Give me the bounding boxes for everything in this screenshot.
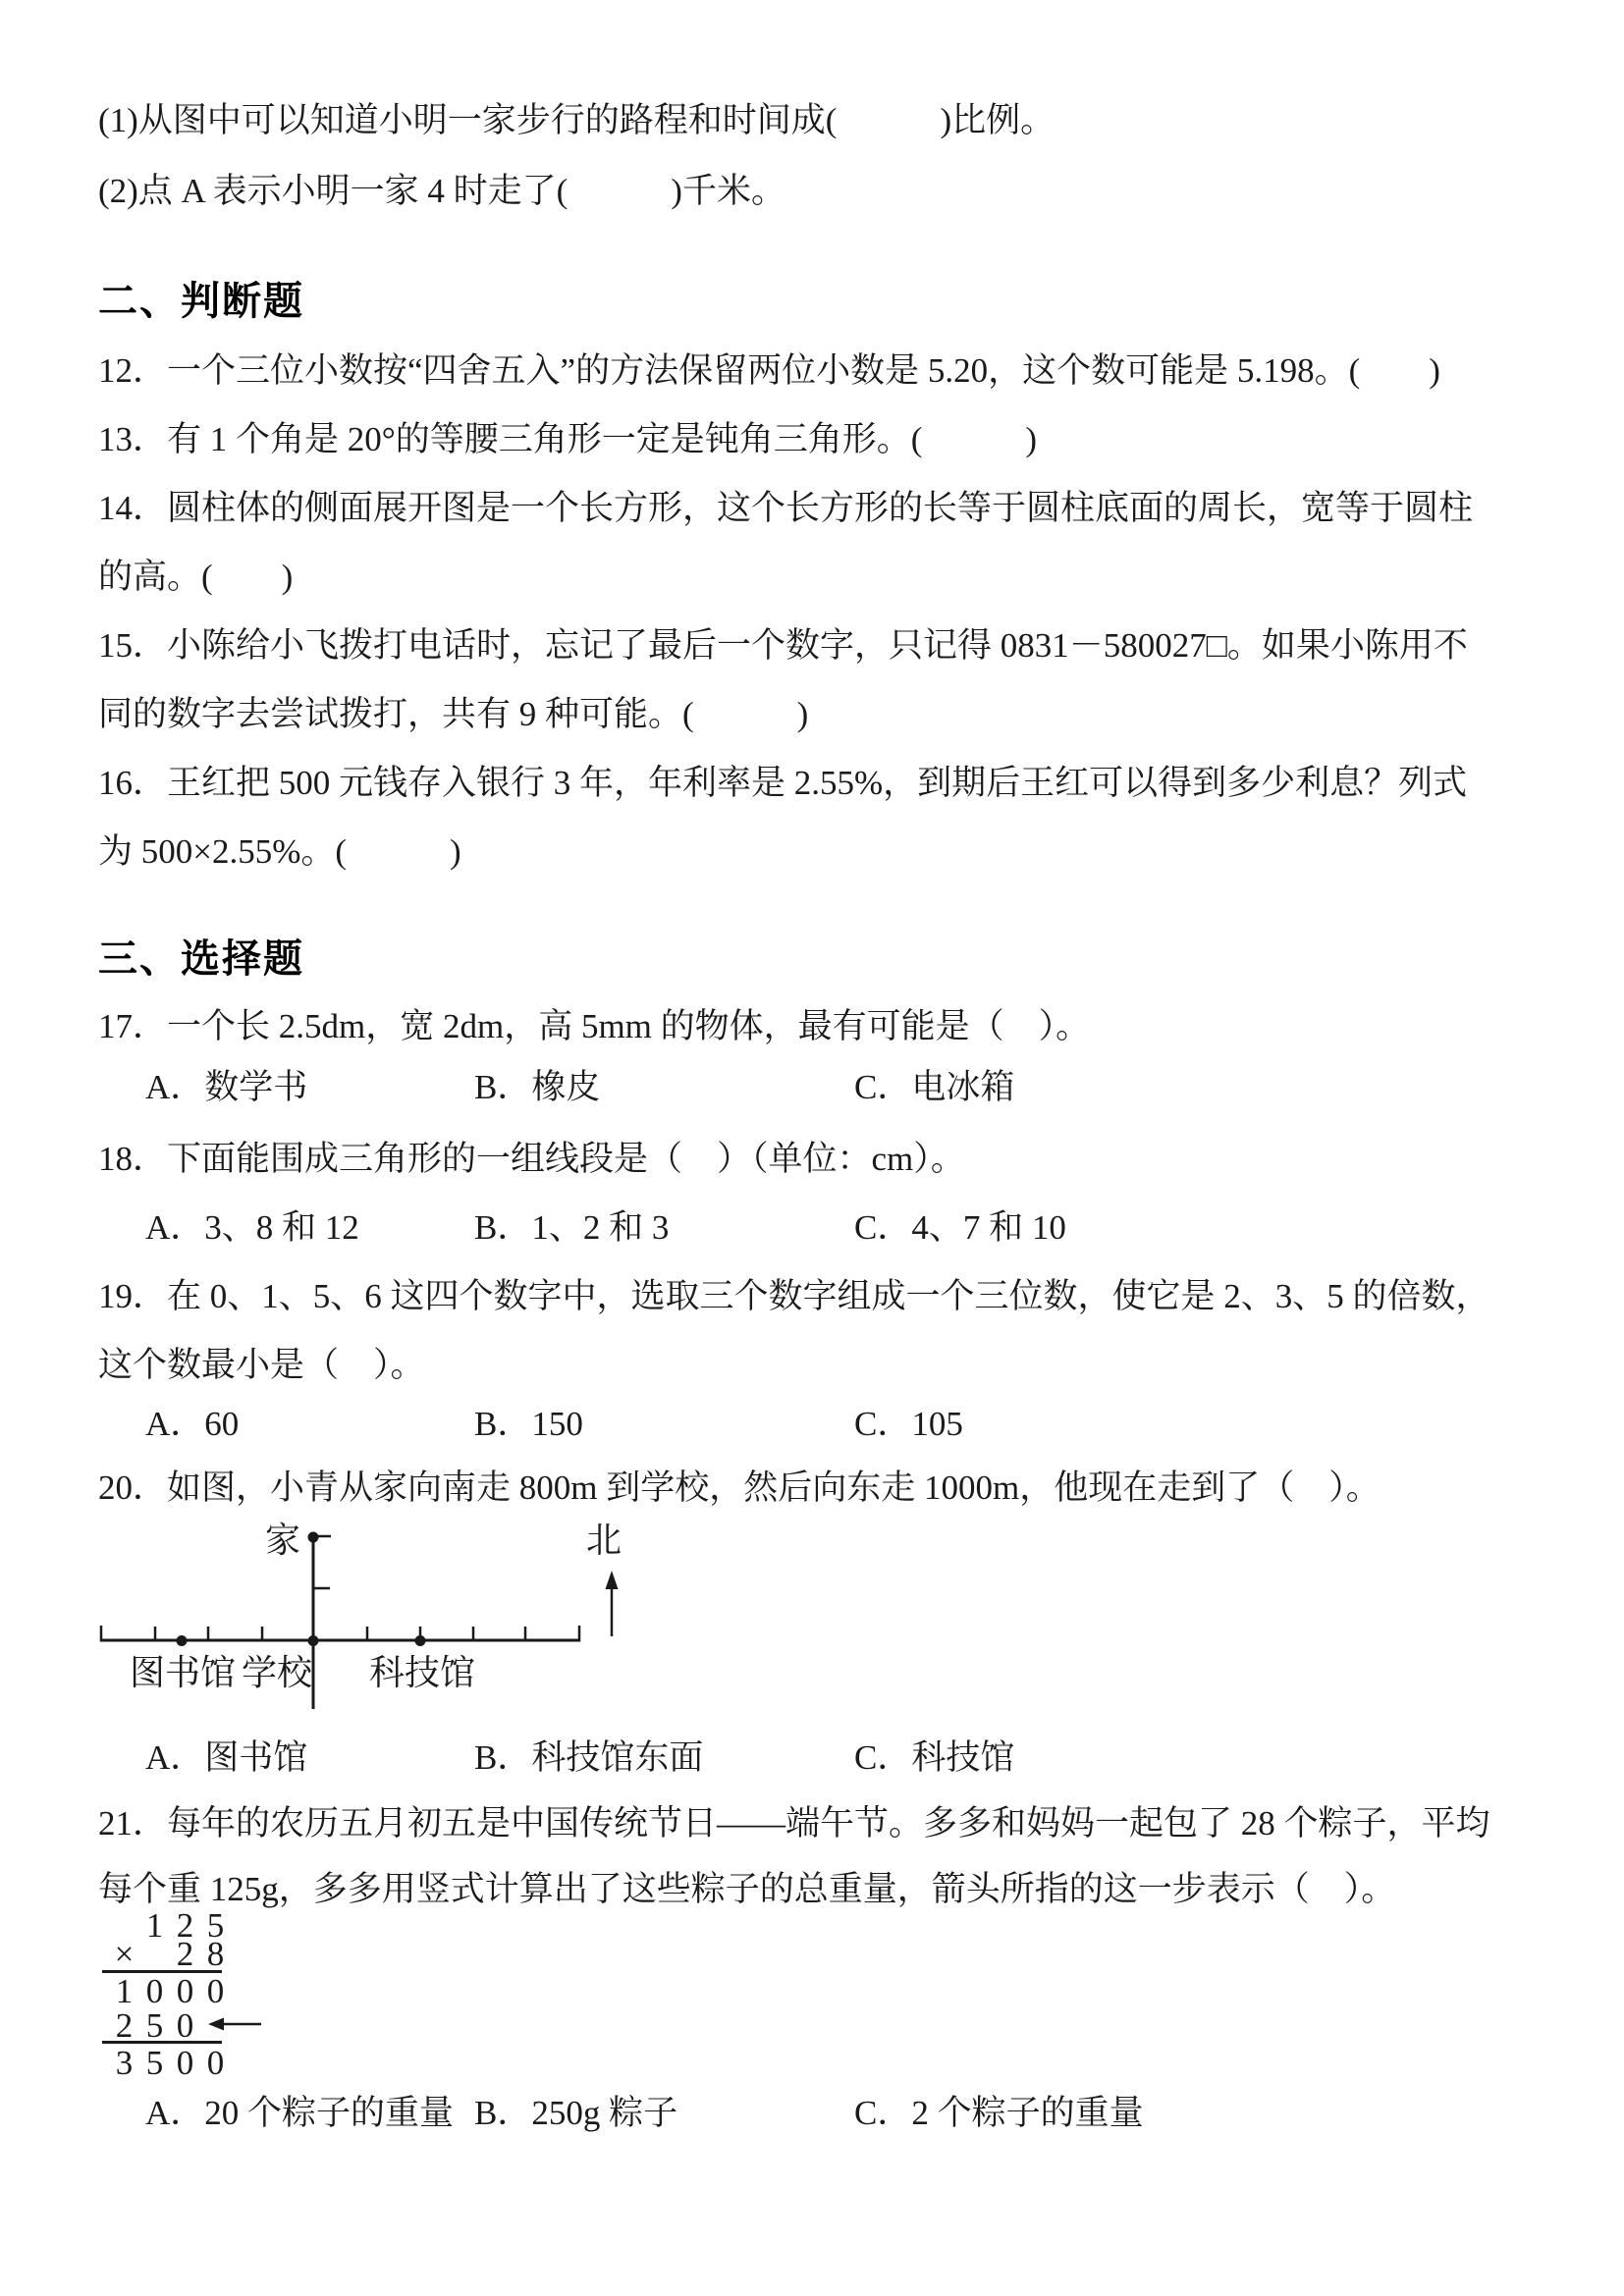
mult-cell: 5 [139,2047,170,2080]
mult-cell: 0 [170,2047,200,2080]
mult-cell: 0 [200,1975,231,2008]
q21-option-a: A．20 个粽子的重量 [145,2091,454,2136]
question-20-options: A．图书馆 B．科技馆东面 C．科技馆 [0,1735,1624,1783]
question-17-options: A．数学书 B．橡皮 C．电冰箱 [0,1065,1624,1112]
question-15-line-2: 同的数字去尝试拨打，共有 9 种可能。( ) [98,692,808,737]
north-label: 北 [586,1521,622,1560]
question-17: 17．一个长 2.5dm，宽 2dm，高 5mm 的物体，最有可能是（ ）。 [98,1004,1090,1049]
question-18-options: A．3、8 和 12 B．1、2 和 3 C．4、7 和 10 [0,1205,1624,1253]
question-11-sub1: (1)从图中可以知道小明一家步行的路程和时间成( )比例。 [98,98,1055,143]
question-21-options: A．20 个粽子的重量 B．250g 粽子 C．2 个粽子的重量 [0,2091,1624,2138]
mult-row-partial-1: 1000 [109,1975,231,2008]
q18-option-c: C．4、7 和 10 [854,1205,1066,1251]
q20-option-c: C．科技馆 [854,1735,1014,1781]
mult-cell: 1 [109,1975,139,2008]
q21-option-b: B．250g 粽子 [474,2091,677,2136]
q17-option-b: B．橡皮 [474,1065,600,1110]
q17-option-c: C．电冰箱 [854,1065,1014,1110]
question-14-line-2: 的高。( ) [98,555,293,600]
q19-option-c: C．105 [854,1402,963,1447]
question-12: 12．一个三位小数按“四舍五入”的方法保留两位小数是 5.20，这个数可能是 5… [98,348,1440,394]
q19-option-a: A．60 [145,1402,239,1447]
question-16-line-1: 16．王红把 500 元钱存入银行 3 年，年利率是 2.55%，到期后王红可以… [98,761,1467,806]
exam-page: (1)从图中可以知道小明一家步行的路程和时间成( )比例。 (2)点 A 表示小… [0,0,1624,2296]
section-judgment-title: 二、判断题 [98,278,304,325]
q18-option-b: B．1、2 和 3 [474,1205,669,1251]
question-15-line-1: 15．小陈给小飞拨打电话时，忘记了最后一个数字，只记得 0831－580027□… [98,623,1468,668]
library-label: 图书馆 [130,1653,236,1692]
science-hall-dot [415,1635,426,1646]
mult-cell: 2 [170,1938,200,1971]
question-21-line-2: 每个重 125g，多多用竖式计算出了这些粽子的总重量，箭头所指的这一步表示（ ）… [98,1867,1395,1912]
question-19-options: A．60 B．150 C．105 [0,1402,1624,1449]
mult-cell: 0 [139,1975,170,2008]
q17-option-a: A．数学书 [145,1065,307,1110]
question-20: 20．如图，小青从家向南走 800m 到学校，然后向东走 1000m，他现在走到… [98,1466,1380,1511]
question-21-line-1: 21．每年的农历五月初五是中国传统节日——端午节。多多和妈妈一起包了 28 个粽… [98,1801,1490,1846]
mult-cell: 0 [200,2047,231,2080]
section-choice-title: 三、选择题 [98,935,304,983]
multiply-sign: × [109,1938,139,1971]
q20-option-a: A．图书馆 [145,1735,307,1781]
school-dot [308,1635,319,1646]
library-dot [177,1635,188,1646]
mult-cell: 3 [109,2047,139,2080]
question-11-sub2: (2)点 A 表示小明一家 4 时走了( )千米。 [98,169,785,214]
question-19-line-2: 这个数最小是（ ）。 [98,1343,425,1388]
question-14-line-1: 14．圆柱体的侧面展开图是一个长方形，这个长方形的长等于圆柱底面的周长，宽等于圆… [98,486,1473,531]
question-19-line-1: 19．在 0、1、5、6 这四个数字中，选取三个数字组成一个三位数，使它是 2、… [98,1274,1490,1319]
mult-row-product: 3500 [109,2047,231,2080]
question-16-line-2: 为 500×2.55%。( ) [98,829,461,875]
mult-cell: 0 [170,1975,200,2008]
north-arrow-head [606,1571,619,1589]
mult-row-multiplier: ×28 [109,1938,231,1971]
question-13: 13．有 1 个角是 20°的等腰三角形一定是钝角三角形。( ) [98,417,1037,462]
home-label: 家 [265,1521,300,1560]
mult-cell: 0 [170,2009,200,2043]
q18-option-a: A．3、8 和 12 [145,1205,359,1251]
q19-option-b: B．150 [474,1402,583,1447]
mult-cell: 5 [139,2009,170,2043]
mult-cell: 8 [200,1938,231,1971]
science-hall-label: 科技馆 [369,1653,475,1692]
q20-option-b: B．科技馆东面 [474,1735,703,1781]
school-label: 学校 [242,1653,312,1692]
mult-cell: 2 [109,2009,139,2043]
q21-option-c: C．2 个粽子的重量 [854,2091,1144,2136]
arrow-left-icon [206,2013,263,2035]
question-18: 18．下面能围成三角形的一组线段是（ ）（单位：cm）。 [98,1137,965,1182]
